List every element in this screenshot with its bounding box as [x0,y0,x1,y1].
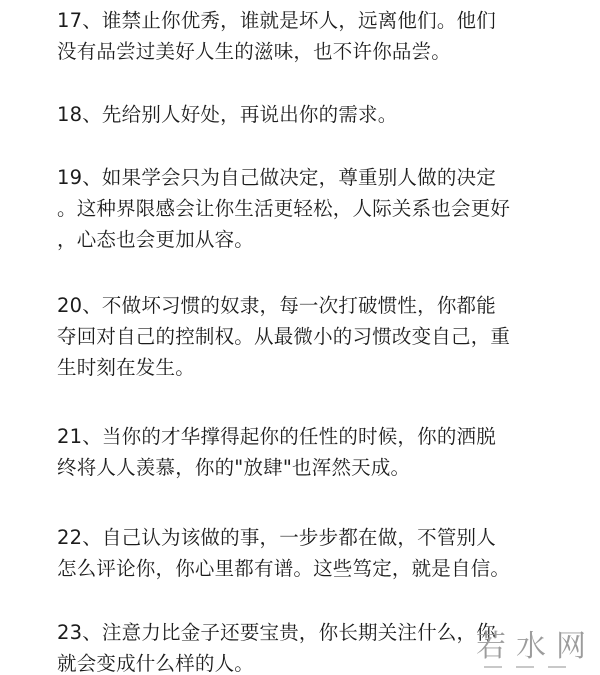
watermark-dash [516,666,534,668]
text-line: 夺回对自己的控制权。从最微小的习惯改变自己，重 [57,321,547,352]
list-item-22: 22、自己认为该做的事，一步步都在做，不管别人 怎么评论你，你心里都有谱。这些笃… [57,522,547,584]
text-line: ，心态也会更加从容。 [57,224,547,255]
text-line: 。这种界限感会让你生活更轻松，人际关系也会更好 [57,193,547,224]
text-line: 19、如果学会只为自己做决定，尊重别人做的决定 [57,162,547,193]
list-item-21: 21、当你的才华撑得起你的任性的时候，你的洒脱 终将人人羡慕，你的"放肆"也浑然… [57,421,547,483]
watermark-text: 若水网 [476,630,600,664]
list-item-20: 20、不做坏习惯的奴隶，每一次打破惯性，你都能 夺回对自己的控制权。从最微小的习… [57,290,547,383]
text-line: 就会变成什么样的人。 [57,648,547,675]
site-watermark: 若水网 [476,630,600,675]
text-line: 20、不做坏习惯的奴隶，每一次打破惯性，你都能 [57,290,547,321]
list-item-18: 18、先给别人好处，再说出你的需求。 [57,99,547,130]
text-line: 生时刻在发生。 [57,352,547,383]
text-line: 23、注意力比金子还要宝贵，你长期关注什么，你 [57,617,547,648]
text-line: 22、自己认为该做的事，一步步都在做，不管别人 [57,522,547,553]
list-item-17: 17、谁禁止你优秀，谁就是坏人，远离他们。他们 没有品尝过美好人生的滋味，也不许… [57,5,547,67]
text-line: 终将人人羡慕，你的"放肆"也浑然天成。 [57,452,547,483]
watermark-dash [548,666,566,668]
text-line: 21、当你的才华撑得起你的任性的时候，你的洒脱 [57,421,547,452]
watermark-underline [476,666,600,668]
text-line: 没有品尝过美好人生的滋味，也不许你品尝。 [57,36,547,67]
list-item-19: 19、如果学会只为自己做决定，尊重别人做的决定 。这种界限感会让你生活更轻松，人… [57,162,547,255]
text-line: 18、先给别人好处，再说出你的需求。 [57,99,547,130]
text-line: 怎么评论你，你心里都有谱。这些笃定，就是自信。 [57,553,547,584]
watermark-dash [484,666,502,668]
text-line: 17、谁禁止你优秀，谁就是坏人，远离他们。他们 [57,5,547,36]
list-item-23: 23、注意力比金子还要宝贵，你长期关注什么，你 就会变成什么样的人。 [57,617,547,675]
